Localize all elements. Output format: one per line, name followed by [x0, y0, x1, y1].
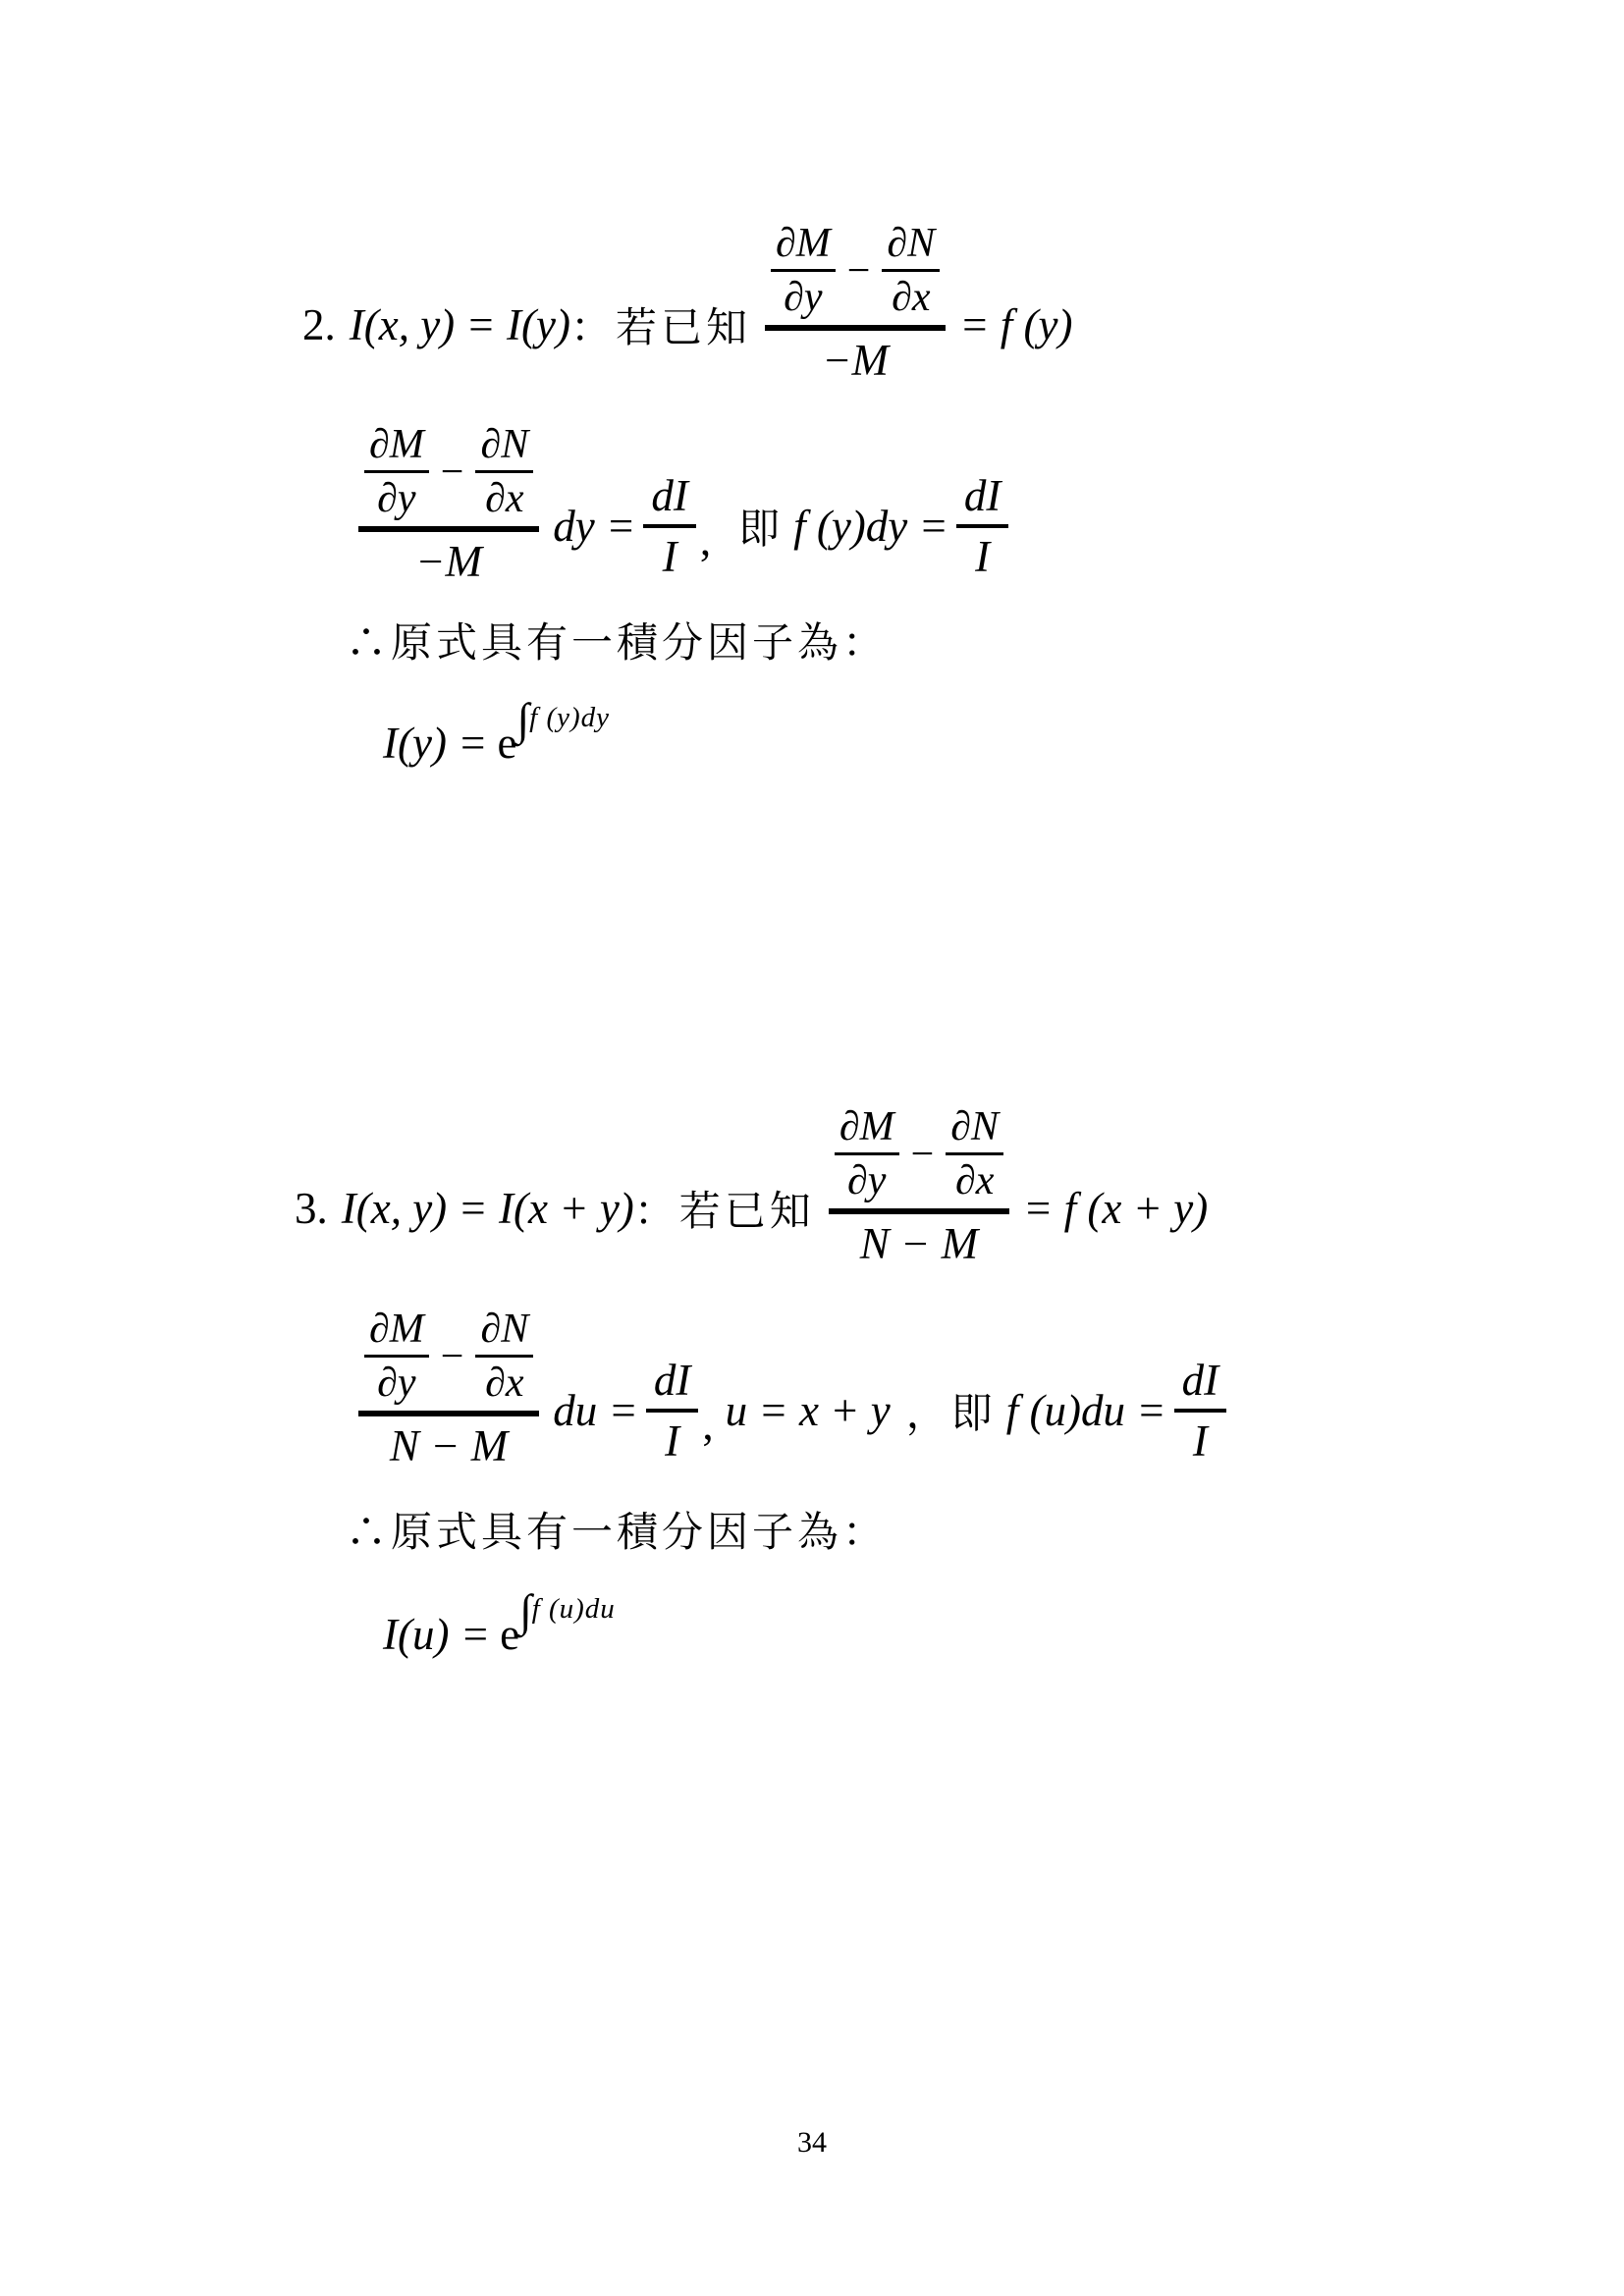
page-number: 34 — [0, 2126, 1624, 2160]
fraction-numerator: ∂M ∂y − ∂N ∂x — [358, 1306, 539, 1411]
partial-y: ∂y — [364, 470, 429, 522]
minus-sign: − — [911, 1131, 935, 1178]
partial-y: ∂y — [835, 1152, 899, 1204]
partial-y: ∂y — [771, 269, 836, 321]
partial-fraction-dM-dy: ∂M ∂y — [364, 1306, 429, 1407]
integrand: f (u)du — [532, 1593, 616, 1625]
partial-fraction-dM-dy: ∂M ∂y — [771, 220, 836, 321]
integrand: f (y)dy — [529, 702, 610, 733]
item-3-conclusion-line: ∴原式具有一積分因子為： — [346, 1500, 888, 1559]
dI-numerator: dI — [646, 1355, 699, 1409]
item-3-given-line: 3. I(x, y) = I(x + y) ：若已知 ∂M ∂y − ∂N ∂x… — [295, 1103, 1208, 1312]
item-3-derivation-line: ∂M ∂y − ∂N ∂x N − M du = dI I , u = x + … — [358, 1306, 1234, 1515]
partial-x: ∂x — [882, 269, 940, 321]
exponent: ∫f (u)du — [519, 1584, 616, 1636]
dI-over-I-fraction: dI I — [646, 1355, 699, 1467]
comma: , — [702, 1399, 713, 1450]
partial-N: ∂N — [946, 1103, 1003, 1152]
item-3-result-line: I(u) =e∫f (u)du — [383, 1608, 616, 1660]
dI-numerator: dI — [956, 470, 1009, 524]
partial-y: ∂y — [364, 1355, 429, 1407]
main-fraction: ∂M ∂y − ∂N ∂x N − M — [829, 1103, 1009, 1269]
fraction-numerator: ∂M ∂y − ∂N ∂x — [765, 220, 946, 325]
differential-equals: du = — [553, 1385, 638, 1436]
item-2-given-line: 2. I(x, y) = I(y) ：若已知 ∂M ∂y − ∂N ∂x −M — [302, 220, 1073, 429]
document-page: 2. I(x, y) = I(y) ：若已知 ∂M ∂y − ∂N ∂x −M — [0, 0, 1624, 2296]
main-fraction: ∂M ∂y − ∂N ∂x −M — [358, 421, 539, 587]
partial-M: ∂M — [771, 220, 836, 269]
dI-over-I-fraction: dI I — [1174, 1355, 1227, 1467]
given-label: ：若已知 — [570, 295, 751, 354]
partial-N: ∂N — [475, 1306, 533, 1355]
rhs-formula: = f (y) — [959, 299, 1072, 350]
partial-x: ∂x — [475, 470, 533, 522]
dI-over-I-fraction: dI I — [956, 470, 1009, 582]
partial-M: ∂M — [364, 1306, 429, 1355]
minus-sign: − — [441, 449, 464, 496]
item-number: 3. — [295, 1183, 328, 1234]
minus-sign: − — [847, 247, 871, 294]
mid-formula: f (y)dy = — [793, 501, 948, 552]
fraction-denominator: −M — [765, 325, 946, 386]
conclusion-text: ∴原式具有一積分因子為： — [346, 611, 888, 669]
partial-fraction-dN-dx: ∂N ∂x — [475, 1306, 533, 1407]
I-denominator: I — [646, 1409, 699, 1467]
result-lhs: I(u) = — [383, 1610, 490, 1659]
integral-sign: ∫ — [517, 694, 530, 744]
dI-numerator: dI — [1174, 1355, 1227, 1409]
partial-x: ∂x — [475, 1355, 533, 1407]
partial-fraction-dM-dy: ∂M ∂y — [364, 421, 429, 522]
item-2-result-line: I(y) =e∫f (y)dy — [383, 717, 610, 769]
integral-sign: ∫ — [519, 1585, 532, 1635]
minus-sign: − — [441, 1333, 464, 1380]
partial-N: ∂N — [882, 220, 940, 269]
conclusion-text: ∴原式具有一積分因子為： — [346, 1500, 888, 1559]
item-2-conclusion-line: ∴原式具有一積分因子為： — [346, 611, 888, 669]
result-lhs: I(y) = — [383, 719, 488, 768]
partial-fraction-dN-dx: ∂N ∂x — [475, 421, 533, 522]
differential-equals: dy = — [553, 501, 635, 552]
partial-fraction-dN-dx: ∂N ∂x — [882, 220, 940, 321]
intro-formula: I(x, y) = I(y) — [350, 299, 570, 350]
fraction-denominator: N − M — [358, 1411, 539, 1471]
dI-numerator: dI — [643, 470, 696, 524]
euler-e: e — [498, 719, 517, 768]
partial-x: ∂x — [946, 1152, 1003, 1204]
dI-over-I-fraction: dI I — [643, 470, 696, 582]
given-label: ：若已知 — [634, 1179, 815, 1238]
partial-M: ∂M — [364, 421, 429, 470]
I-denominator: I — [643, 524, 696, 582]
that-is-label: 即 — [738, 497, 784, 556]
partial-M: ∂M — [835, 1103, 899, 1152]
fraction-denominator: −M — [358, 526, 539, 587]
main-fraction: ∂M ∂y − ∂N ∂x N − M — [358, 1306, 539, 1471]
main-fraction: ∂M ∂y − ∂N ∂x −M — [765, 220, 946, 386]
fraction-numerator: ∂M ∂y − ∂N ∂x — [358, 421, 539, 526]
I-denominator: I — [956, 524, 1009, 582]
rhs-formula: = f (x + y) — [1023, 1183, 1208, 1234]
I-denominator: I — [1174, 1409, 1227, 1467]
intro-formula: I(x, y) = I(x + y) — [342, 1183, 634, 1234]
comma: , — [700, 514, 711, 565]
partial-fraction-dN-dx: ∂N ∂x — [946, 1103, 1003, 1204]
fraction-denominator: N − M — [829, 1208, 1009, 1269]
euler-e: e — [500, 1610, 519, 1659]
item-number: 2. — [302, 299, 336, 350]
that-is-label: ，即 — [906, 1381, 997, 1440]
fraction-numerator: ∂M ∂y − ∂N ∂x — [829, 1103, 1009, 1208]
mid-formula: f (u)du = — [1006, 1385, 1166, 1436]
exponent: ∫f (y)dy — [517, 693, 610, 745]
substitution-formula: u = x + y — [726, 1385, 891, 1436]
partial-N: ∂N — [475, 421, 533, 470]
item-2-derivation-line: ∂M ∂y − ∂N ∂x −M dy = dI I , 即 f (y) — [358, 421, 1016, 630]
partial-fraction-dM-dy: ∂M ∂y — [835, 1103, 899, 1204]
